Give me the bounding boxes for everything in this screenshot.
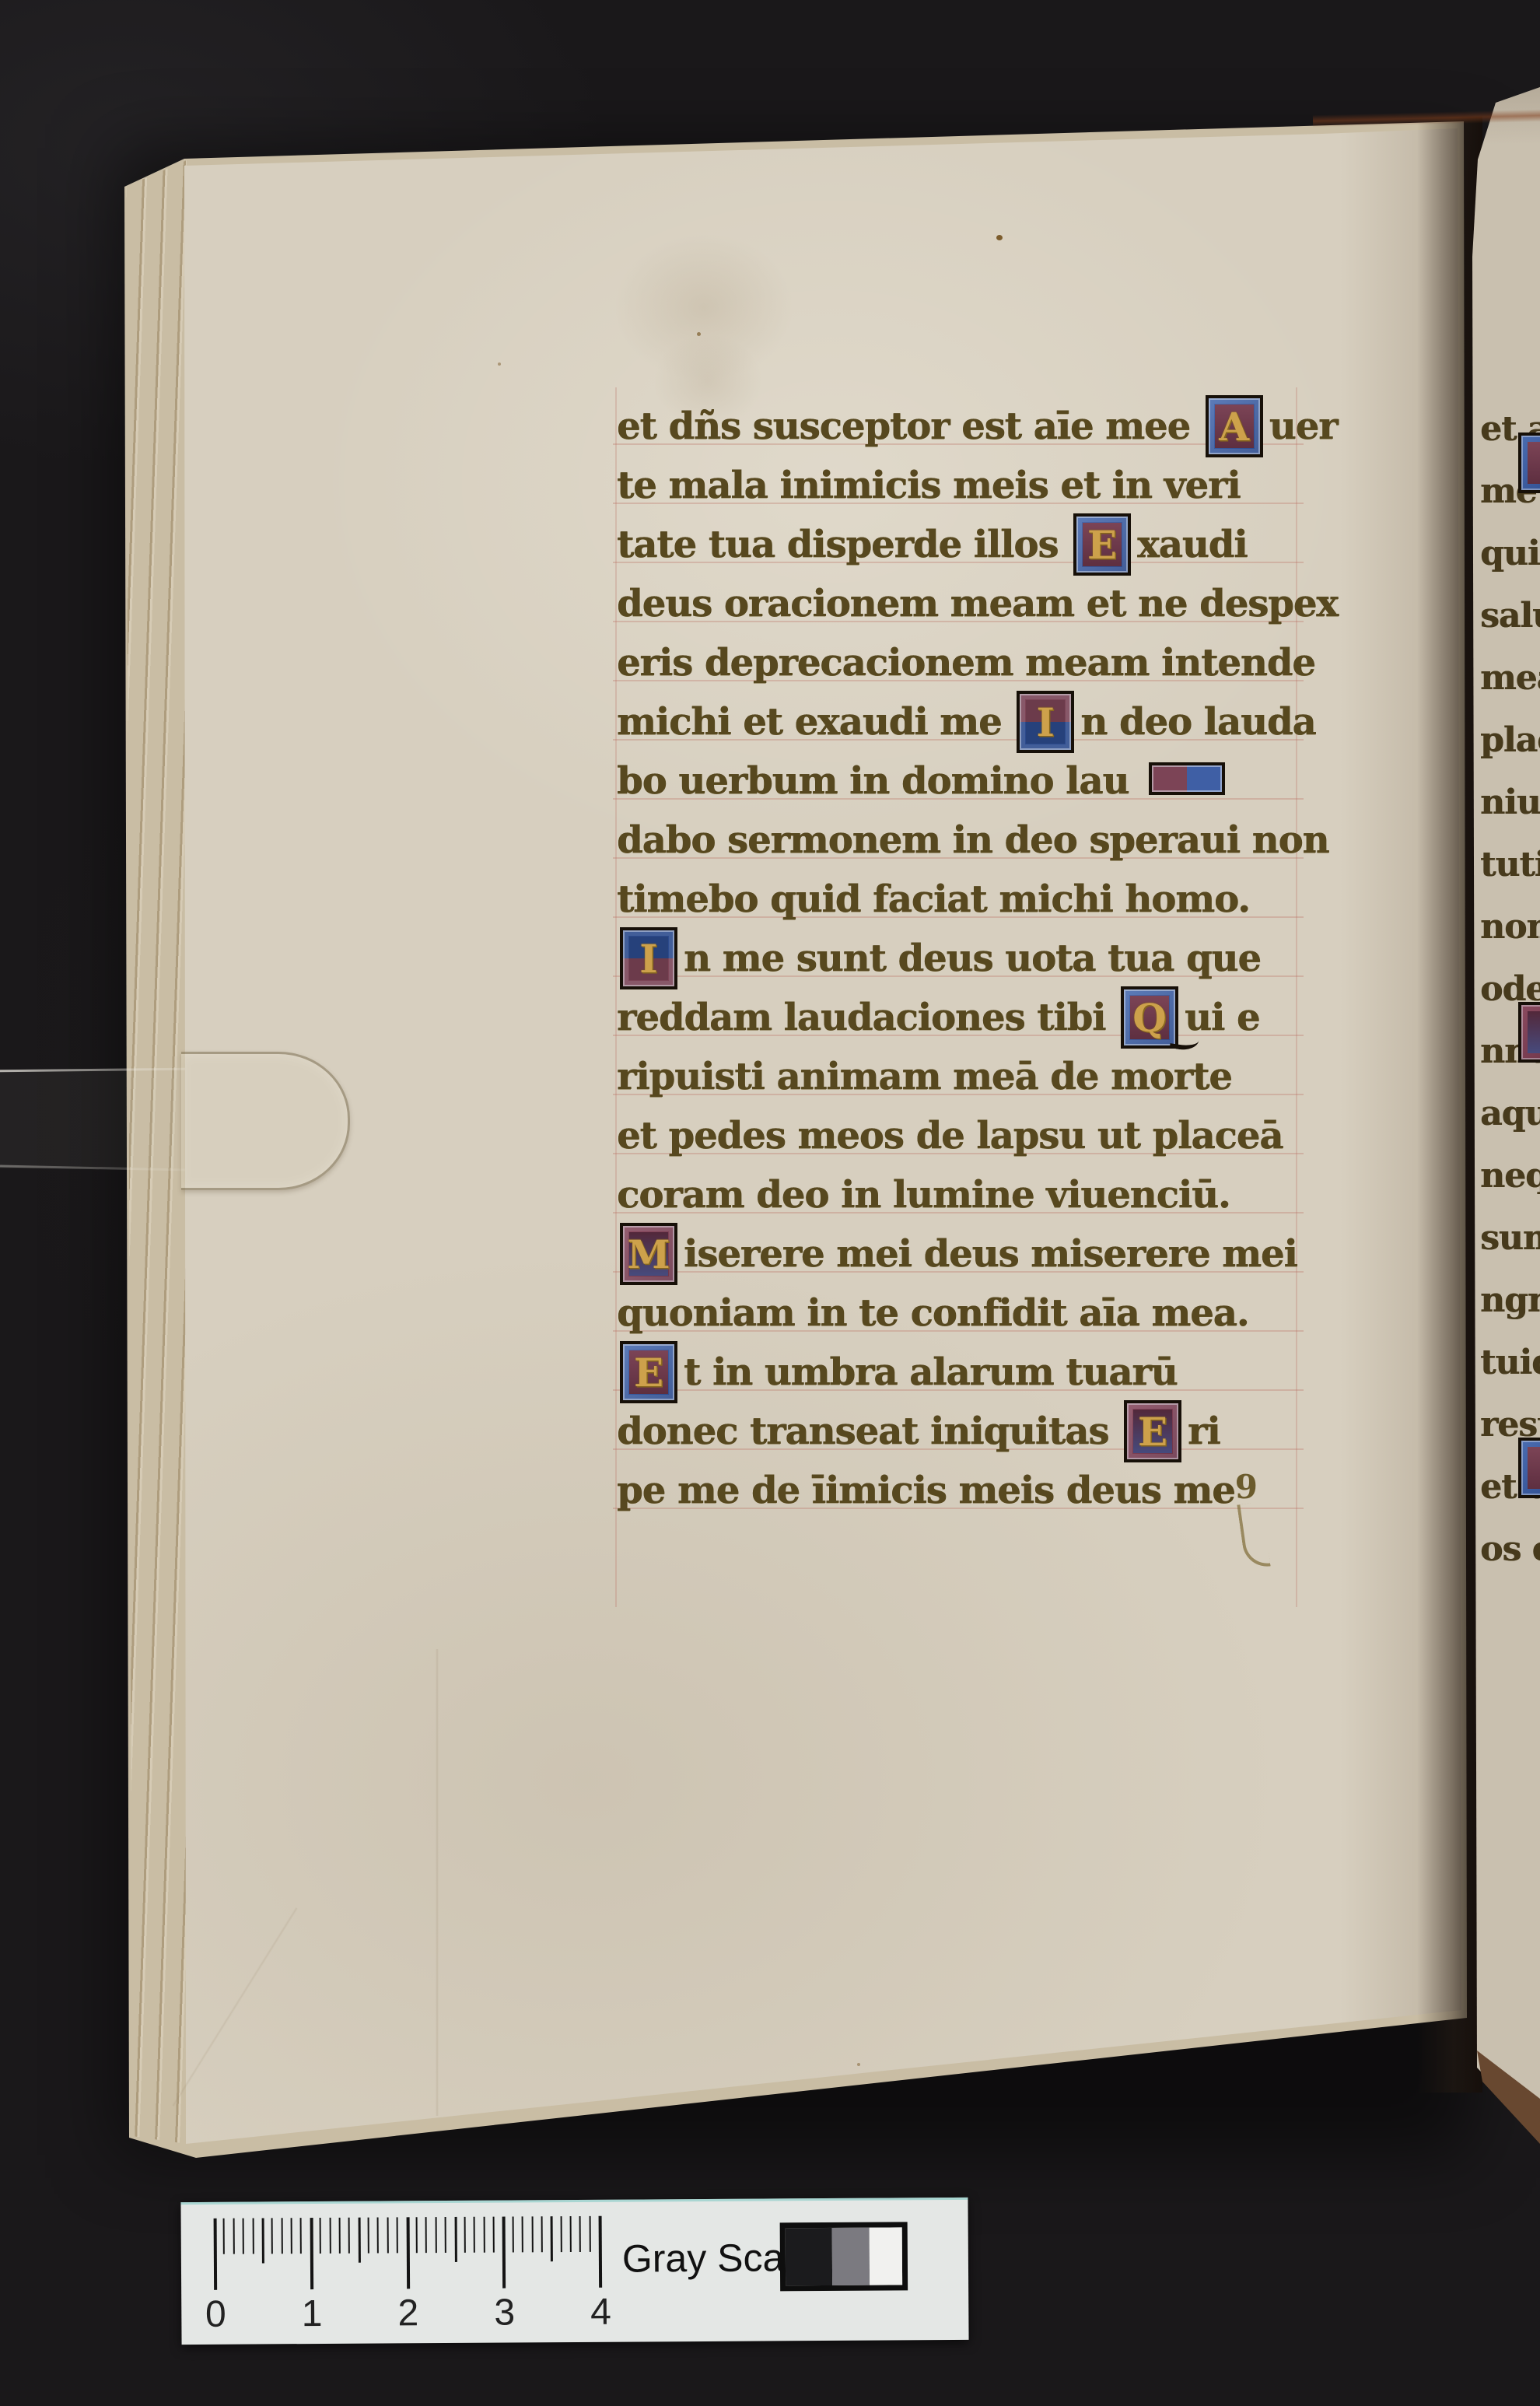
illuminated-initial: I (1017, 691, 1074, 753)
manuscript-text: iserere mei deus miserere mei (684, 1226, 1297, 1282)
right-page-partial-initial (1518, 433, 1540, 493)
ruler-card: 01234 Gray Scale (180, 2198, 968, 2345)
ruler-tick (435, 2217, 436, 2253)
manuscript-line: deus oracionem meam et ne despex (617, 576, 1317, 635)
manuscript-line: quoniam in te confidit aīa mea. (617, 1285, 1317, 1344)
initial-letter: E (1076, 517, 1128, 573)
right-page-fragment: tutis (1480, 837, 1540, 893)
ruler-tick (377, 2218, 379, 2254)
initial-letter: I (1020, 694, 1071, 750)
manuscript-line: ripuisti animam meā de morte (617, 1049, 1317, 1108)
manuscript-line: et pedes meos de lapsu ut placeā (617, 1108, 1317, 1167)
manuscript-text: ripuisti animam meā de morte (617, 1049, 1232, 1105)
ruler-tick (223, 2219, 225, 2254)
manuscript-line: donec transeat iniquitas Eri (617, 1403, 1317, 1462)
ruler-tick (502, 2217, 506, 2289)
right-page-partial-initial (1518, 1438, 1540, 1498)
ruler-tick (271, 2218, 273, 2254)
manuscript-text: te mala inimicis meis et in veri (617, 457, 1240, 513)
manuscript-text: xaudi (1137, 517, 1247, 573)
right-page-fragment: salue (1480, 588, 1540, 644)
manuscript-text: reddam laudaciones tibi (617, 989, 1118, 1045)
page-clip (181, 1052, 350, 1190)
initial-letter: M (623, 1226, 674, 1282)
ruler-tick (474, 2217, 475, 2253)
crease (436, 1649, 439, 2116)
ruler-tick (579, 2216, 581, 2252)
manuscript-text: dabo sermonem in deo speraui non (617, 812, 1328, 868)
ruler-number: 2 (397, 2292, 418, 2334)
manuscript-line: michi et exaudi me In deo lauda (617, 694, 1317, 753)
ruler-tick (406, 2217, 410, 2289)
manuscript-line: Miserere mei deus miserere mei (617, 1226, 1317, 1285)
right-page-fragment: sum (1480, 1210, 1540, 1266)
manuscript-line: pe me de īimicis meis deus me9 (617, 1462, 1317, 1522)
ruler-tick (531, 2216, 533, 2252)
speck (697, 332, 701, 336)
ruler-tick (348, 2218, 350, 2254)
ruler-tick (281, 2218, 282, 2254)
ruler-tick (483, 2217, 485, 2253)
manuscript-line: et dñs susceptor est aīe mee Auer (617, 398, 1317, 457)
manuscript-line: In me sunt deus uota tua que (617, 930, 1317, 989)
ruler-tick (560, 2216, 562, 2252)
ruler-tick (493, 2217, 495, 2253)
right-page-fragment: aque (1480, 1086, 1540, 1142)
right-page-fragment: tuidini (1480, 1335, 1540, 1391)
manuscript-line: Et in umbra alarum tuarū (617, 1344, 1317, 1403)
initial-ground (1528, 1011, 1540, 1053)
manuscript-text: ri (1188, 1403, 1220, 1459)
initial-letter: A (1209, 398, 1260, 454)
manuscript-text: timebo quid faciat michi homo. (617, 871, 1250, 927)
ruler-tick (570, 2216, 572, 2252)
ruler-number: 3 (494, 2291, 515, 2334)
manuscript-text: t in umbra alarum tuarū (684, 1344, 1178, 1400)
ruler-ticks (180, 2200, 968, 2205)
manuscript-line: coram deo in lumine viuenciū. (617, 1167, 1317, 1226)
manuscript-line: te mala inimicis meis et in veri (617, 457, 1317, 517)
manuscript-text: michi et exaudi me (617, 694, 1013, 750)
gray-scale-patch (870, 2227, 902, 2285)
manuscript-line: bo uerbum in domino lau (617, 753, 1317, 812)
right-page-fragment: plac (1480, 713, 1540, 769)
ruler-number: 4 (590, 2291, 611, 2334)
speck (498, 362, 501, 366)
ruler-tick (358, 2218, 360, 2263)
manuscript-line: reddam laudaciones tibi Qui e (617, 989, 1317, 1049)
illuminated-initial: Q (1121, 986, 1178, 1049)
manuscript-line: timebo quid faciat michi homo. (617, 871, 1317, 930)
ruler-tick (368, 2218, 369, 2254)
illuminated-initial: A (1206, 395, 1263, 457)
illuminated-initial: M (620, 1223, 677, 1285)
ruler-tick (425, 2217, 427, 2253)
manuscript-text: uer (1269, 398, 1338, 454)
gray-scale-patches (780, 2222, 908, 2291)
manuscript-text: et dñs susceptor est aīe mee (617, 398, 1202, 454)
ruler-tick (320, 2218, 321, 2254)
ruler-numbers: 01234 (180, 2200, 968, 2205)
initial-letter: I (623, 930, 674, 986)
ruler-number: 0 (205, 2293, 226, 2336)
ruler-tick (589, 2216, 590, 2252)
illuminated-initial: E (620, 1341, 677, 1403)
manuscript-text: eris deprecacionem meam intende (617, 635, 1315, 691)
initial-letter: Q (1124, 989, 1175, 1045)
manuscript-text: donec transeat iniquitas (617, 1403, 1121, 1459)
abbreviation-flourish: 9 (1235, 1459, 1258, 1515)
right-page-fragment: niue t (1480, 775, 1540, 831)
ruler-tick (387, 2217, 388, 2253)
right-page-fragment: ngna (1480, 1273, 1540, 1329)
ruler-tick (291, 2218, 292, 2254)
right-page-fragment: os exper (1480, 1522, 1540, 1578)
manuscript-text: quoniam in te confidit aīa mea. (617, 1285, 1248, 1341)
right-page-fragment: neq3 (1480, 1148, 1540, 1204)
manuscript-text: n me sunt deus uota tua que (684, 930, 1261, 986)
ruler-tick (599, 2216, 603, 2288)
ruler-tick (445, 2217, 446, 2253)
initial-ground (1528, 442, 1540, 484)
ruler-tick (454, 2217, 457, 2262)
manuscript-text: tate tua disperde illos (617, 517, 1070, 573)
manuscript-text: n deo lauda (1080, 694, 1315, 750)
manuscript-line: tate tua disperde illos Exaudi (617, 517, 1317, 576)
right-page-fragment: mea (1480, 650, 1540, 706)
ruler-tick (522, 2216, 523, 2252)
ruler-tick (551, 2216, 553, 2261)
manuscript-text: pe me de īimicis meis deus me (617, 1462, 1235, 1518)
ruler-tick (397, 2217, 398, 2253)
right-page-fragment: non (1480, 899, 1540, 955)
manuscript-line: dabo sermonem in deo speraui non (617, 812, 1317, 871)
ruler-tick (252, 2219, 254, 2254)
initial-ground (1528, 1447, 1540, 1489)
illuminated-initial: E (1124, 1400, 1181, 1462)
ruler-tick (300, 2218, 302, 2254)
initial-letter: E (1127, 1403, 1178, 1459)
ruler-tick (329, 2218, 331, 2254)
initial-letter: E (623, 1344, 674, 1400)
ruler-tick (416, 2217, 418, 2253)
illuminated-initial: E (1073, 513, 1131, 576)
manuscript-line: eris deprecacionem meam intende (617, 635, 1317, 694)
right-page-fragment: quite (1480, 526, 1540, 582)
ruler-tick (243, 2219, 244, 2254)
gray-scale-patch (832, 2228, 870, 2285)
manuscript-text: coram deo in lumine viuenciū. (617, 1167, 1230, 1223)
ruler-tick (310, 2218, 313, 2289)
ruler-tick (339, 2218, 341, 2254)
gray-scale-patch (786, 2228, 832, 2285)
ruler-tick (214, 2219, 218, 2290)
manuscript-text: et pedes meos de lapsu ut placeā (617, 1108, 1283, 1164)
ruler-tick (512, 2216, 513, 2252)
manuscript-text: deus oracionem meam et ne despex (617, 576, 1338, 632)
ruler-tick (464, 2217, 465, 2253)
ruler-tick (541, 2216, 542, 2252)
page-clip-sheen (0, 1070, 185, 1168)
speck (996, 235, 1003, 240)
illuminated-initial: I (620, 927, 677, 989)
gutter-shadow (1417, 117, 1482, 2093)
photograph-stage: et dñs susceptor est aīe mee Auerte mala… (0, 0, 1540, 2406)
ruler-tick (233, 2219, 234, 2254)
line-filler-ornament (1149, 762, 1225, 795)
page-clip-arm (0, 1052, 185, 1189)
ruler-tick (261, 2218, 264, 2263)
ruler-number: 1 (302, 2292, 323, 2335)
manuscript-text: bo uerbum in domino lau (617, 753, 1141, 809)
right-page-partial-initial (1518, 1002, 1540, 1063)
speck (857, 2063, 860, 2066)
